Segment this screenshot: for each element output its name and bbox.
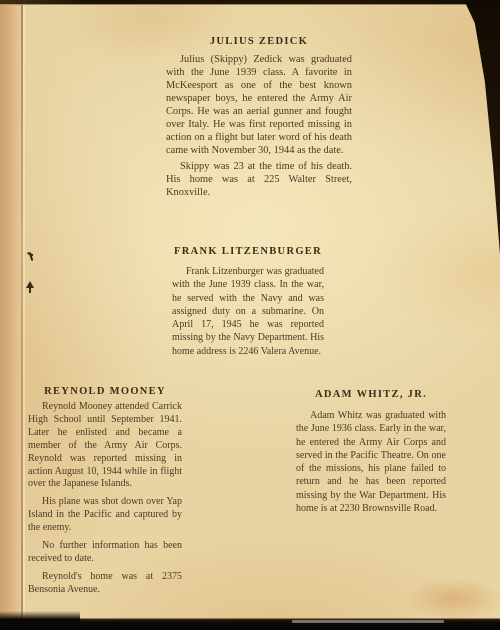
entry-paragraph: Reynold's home was at 2375 Bensonia Aven…	[28, 571, 182, 597]
scanned-page: JULIUS ZEDICK Julius (Skippy) Zedick was…	[0, 0, 500, 630]
entry-title: ADAM WHITZ, JR.	[296, 389, 446, 400]
entry-paragraph: Adam Whitz was graduated with the June 1…	[296, 409, 446, 515]
entry-title: JULIUS ZEDICK	[166, 36, 352, 47]
entry-frank-litzenburger: FRANK LITZENBURGER Frank Litzenburger wa…	[172, 246, 324, 361]
entry-paragraph: No further information has been received…	[28, 540, 182, 566]
binding-gutter	[0, 0, 24, 630]
entry-paragraph: Skippy was 23 at the time of his death. …	[166, 160, 352, 199]
entry-julius-zedick: JULIUS ZEDICK Julius (Skippy) Zedick was…	[166, 36, 352, 202]
entry-title: REYNOLD MOONEY	[28, 386, 182, 397]
entry-paragraph: Frank Litzenburger was graduated with th…	[172, 265, 324, 358]
entry-paragraph: His plane was shot down over Yap Island …	[28, 496, 182, 535]
entry-paragraph: Julius (Skippy) Zedick was graduated wit…	[166, 53, 352, 157]
entry-reynold-mooney: REYNOLD MOONEY Reynold Mooney attended C…	[28, 386, 182, 602]
binding-stitch-icon	[29, 252, 34, 261]
entry-adam-whitz-jr: ADAM WHITZ, JR. Adam Whitz was graduated…	[296, 389, 446, 518]
page-edge-top	[0, 0, 500, 5]
entry-title: FRANK LITZENBURGER	[172, 246, 324, 257]
gutter-crease-line	[21, 0, 23, 630]
page-edge-highlight	[292, 620, 444, 623]
page-edge-right-shadow	[464, 0, 500, 255]
page-corner-shadow	[0, 611, 80, 630]
entry-paragraph: Reynold Mooney attended Carrick High Sch…	[28, 401, 182, 491]
binding-stitch-icon	[26, 281, 34, 288]
